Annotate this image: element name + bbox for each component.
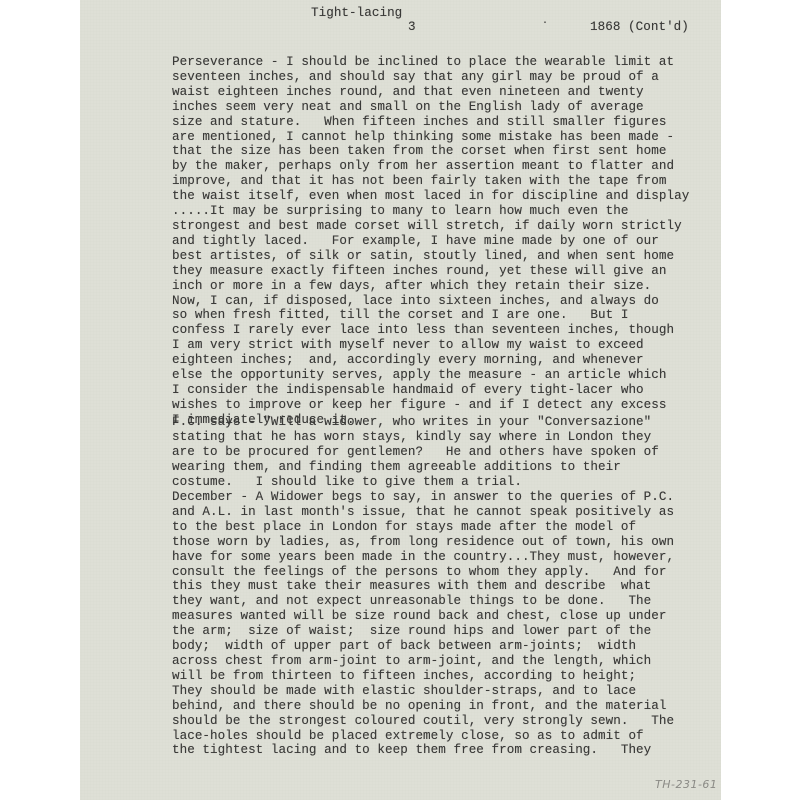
text-line: and tightly laced. For example, I have m… [172,234,689,249]
text-line: this they must take their measures with … [172,579,674,594]
text-line: have for some years been made in the cou… [172,550,674,565]
text-line: I consider the indispensable handmaid of… [172,383,689,398]
archive-handwritten-mark: TH-231-61 [655,778,717,791]
page-number: 3 [408,20,416,34]
text-line: December - A Widower begs to say, in ans… [172,490,674,505]
text-line: lace-holes should be placed extremely cl… [172,729,674,744]
text-line: F.C. says - "Will a widower, who writes … [172,415,659,430]
text-line: that the size has been taken from the co… [172,144,689,159]
text-line: they measure exactly fifteen inches roun… [172,264,689,279]
text-line: Now, I can, if disposed, lace into sixte… [172,294,689,309]
text-line: by the maker, perhaps only from her asse… [172,159,689,174]
text-line: should be the strongest coloured coutil,… [172,714,674,729]
paragraph-fc-says: F.C. says - "Will a widower, who writes … [172,415,659,490]
document-title: Tight-lacing [311,6,402,20]
text-line: eighteen inches; and, accordingly every … [172,353,689,368]
text-line: the arm; size of waist; size round hips … [172,624,674,639]
text-line: strongest and best made corset will stre… [172,219,689,234]
text-line: stating that he has worn stays, kindly s… [172,430,659,445]
text-line: body; width of upper part of back betwee… [172,639,674,654]
text-line: consult the feelings of the persons to w… [172,565,674,580]
text-line: measures wanted will be size round back … [172,609,674,624]
text-line: and A.L. in last month's issue, that he … [172,505,674,520]
paragraph-perseverance: Perseverance - I should be inclined to p… [172,55,689,428]
paragraph-december-widower: December - A Widower begs to say, in ans… [172,490,674,758]
text-line: wishes to improve or keep her figure - a… [172,398,689,413]
text-line: will be from thirteen to fifteen inches,… [172,669,674,684]
text-line: are to be procured for gentlemen? He and… [172,445,659,460]
text-line: inches seem very neat and small on the E… [172,100,689,115]
text-line: best artistes, of silk or satin, stoutly… [172,249,689,264]
text-line: .....It may be surprising to many to lea… [172,204,689,219]
text-line: the tightest lacing and to keep them fre… [172,743,674,758]
text-line: across chest from arm-joint to arm-joint… [172,654,674,669]
text-line: improve, and that it has not been fairly… [172,174,689,189]
text-line: I am very strict with myself never to al… [172,338,689,353]
text-line: so when fresh fitted, till the corset an… [172,308,689,323]
text-line: inch or more in a few days, after which … [172,279,689,294]
text-line: waist eighteen inches round, and that ev… [172,85,689,100]
text-line: those worn by ladies, as, from long resi… [172,535,674,550]
text-line: Perseverance - I should be inclined to p… [172,55,689,70]
document-year: 1868 (Cont'd) [590,20,689,34]
text-line: confess I rarely ever lace into less tha… [172,323,689,338]
stray-mark: · [542,18,548,29]
text-line: seventeen inches, and should say that an… [172,70,689,85]
text-line: to the best place in London for stays ma… [172,520,674,535]
text-line: are mentioned, I cannot help thinking so… [172,130,689,145]
text-line: else the opportunity serves, apply the m… [172,368,689,383]
text-line: the waist itself, even when most laced i… [172,189,689,204]
text-line: costume. I should like to give them a tr… [172,475,659,490]
text-line: behind, and there should be no opening i… [172,699,674,714]
text-line: wearing them, and finding them agreeable… [172,460,659,475]
text-line: they want, and not expect unreasonable t… [172,594,674,609]
text-line: size and stature. When fifteen inches an… [172,115,689,130]
text-line: They should be made with elastic shoulde… [172,684,674,699]
